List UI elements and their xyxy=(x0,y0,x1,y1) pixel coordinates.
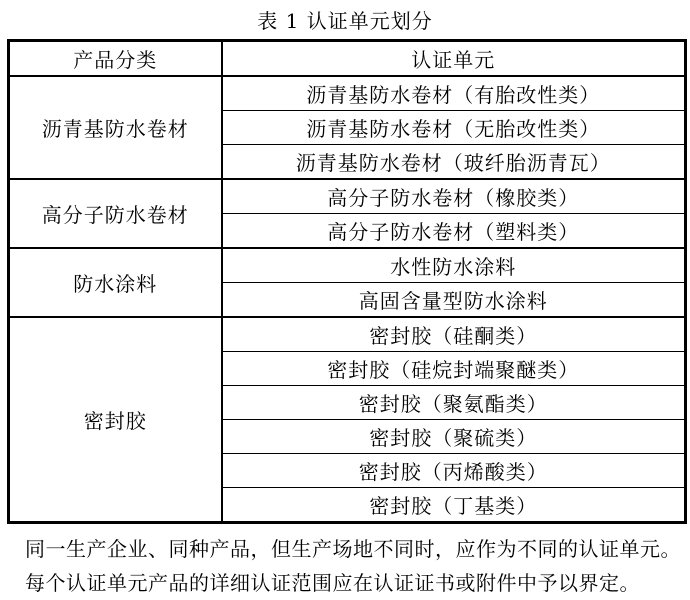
unit-cell: 沥青基防水卷材（有胎改性类） xyxy=(222,76,686,111)
table-row: 高分子防水卷材 高分子防水卷材（橡胶类） xyxy=(9,179,686,214)
unit-cell: 高分子防水卷材（橡胶类） xyxy=(222,179,686,214)
certification-units-table: 产品分类 认证单元 沥青基防水卷材 沥青基防水卷材（有胎改性类） 沥青基防水卷材… xyxy=(7,39,687,524)
header-product-category: 产品分类 xyxy=(9,41,222,77)
category-cell: 高分子防水卷材 xyxy=(9,179,222,248)
unit-cell: 密封胶（硅烷封端聚醚类） xyxy=(222,352,686,386)
table-row: 密封胶 密封胶（硅酮类） xyxy=(9,317,686,352)
footnotes: 同一生产企业、同种产品，但生产场地不同时，应作为不同的认证单元。 每个认证单元产… xyxy=(25,532,690,600)
footnote-line: 同一生产企业、同种产品，但生产场地不同时，应作为不同的认证单元。 xyxy=(25,532,690,566)
table-row: 防水涂料 水性防水涂料 xyxy=(9,248,686,283)
document-page: 表 1 认证单元划分 产品分类 认证单元 沥青基防水卷材 沥青基防水卷材（有胎改… xyxy=(0,0,690,600)
table-row: 沥青基防水卷材 沥青基防水卷材（有胎改性类） xyxy=(9,76,686,111)
unit-cell: 密封胶（聚硫类） xyxy=(222,420,686,454)
unit-cell: 高固含量型防水涂料 xyxy=(222,283,686,318)
category-cell: 防水涂料 xyxy=(9,248,222,317)
unit-cell: 密封胶（丙烯酸类） xyxy=(222,454,686,488)
unit-cell: 沥青基防水卷材（玻纤胎沥青瓦） xyxy=(222,145,686,180)
footnote-line: 每个认证单元产品的详细认证范围应在认证证书或附件中予以界定。 xyxy=(25,566,690,600)
category-cell: 密封胶 xyxy=(9,317,222,523)
unit-cell: 密封胶（丁基类） xyxy=(222,488,686,523)
unit-cell: 密封胶（聚氨酯类） xyxy=(222,386,686,420)
table-title: 表 1 认证单元划分 xyxy=(0,0,690,34)
header-row: 产品分类 认证单元 xyxy=(9,41,686,77)
unit-cell: 高分子防水卷材（塑料类） xyxy=(222,214,686,249)
unit-cell: 沥青基防水卷材（无胎改性类） xyxy=(222,111,686,145)
unit-cell: 密封胶（硅酮类） xyxy=(222,317,686,352)
unit-cell: 水性防水涂料 xyxy=(222,248,686,283)
header-certification-unit: 认证单元 xyxy=(222,41,686,77)
category-cell: 沥青基防水卷材 xyxy=(9,76,222,179)
